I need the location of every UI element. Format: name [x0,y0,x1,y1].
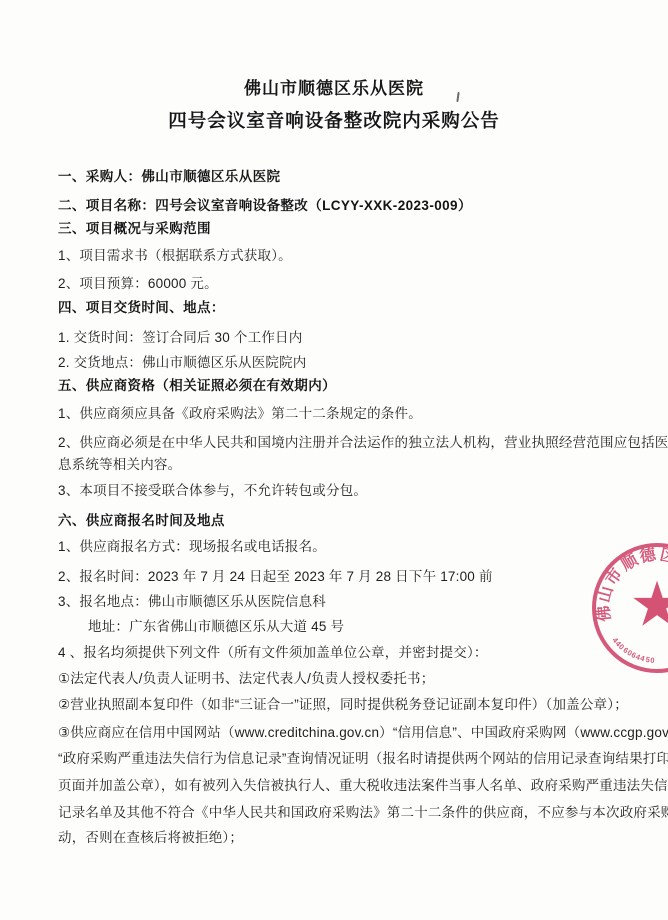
item-delivery-place: 2. 交货地点：佛山市顺德区乐从医院院内 [58,353,307,373]
required-doc-3: ③供应商应在信用中国网站（www.creditchina.gov.cn）“信用信… [58,723,668,743]
section-overview-heading: 三、项目概况与采购范围 [58,219,211,239]
qualification-item-2: 2、供应商必须是在中华人民共和国境内注册并合法运作的独立法人机构，营业执照经营范… [58,433,668,453]
qualification-item-1: 1、供应商须应具备《政府采购法》第二十二条规定的条件。 [58,404,422,424]
required-doc-3-wrap-1: “政府采购严重违法失信行为信息记录”查询情况证明（报名时请提供两个网站的信用记录… [58,749,668,769]
qualification-item-2-wrap: 息系统等相关内容。 [58,455,181,475]
registration-method: 1、供应商报名方式：现场报名或电话报名。 [58,537,326,557]
section-qualification-heading: 五、供应商资格（相关证照必须在有效期内） [58,376,336,396]
required-doc-3-wrap-4: 动，否则在查核后将被拒绝）； [58,828,243,848]
required-doc-3-wrap-2: 页面并加盖公章），如有被列入失信被执行人、重大税收违法案件当事人名单、政府采购严… [58,776,668,796]
section-project-name: 二、项目名称：四号会议室音响设备整改（LCYY-XXK-2023-009） [58,196,472,216]
seal-arc-char: 德 [638,546,659,567]
official-seal: ★ 佛 山 市 顺 德 区 4 4 0 6 0 6 4 4 5 0 [592,543,668,673]
item-delivery-time: 1. 交货时间：签订合同后 30 个工作日内 [58,328,302,348]
registration-address: 地址：广东省佛山市顺德区乐从大道 45 号 [88,617,344,637]
section-purchaser: 一、采购人：佛山市顺德区乐从医院 [58,167,280,187]
required-doc-1: ①法定代表人/负责人证明书、法定代表人/负责人授权委托书； [58,669,434,689]
section-delivery-heading: 四、项目交货时间、地点： [58,298,225,318]
required-documents-intro: 4 、报名均须提供下列文件（所有文件须加盖单位公章，并密封提交）： [58,643,488,663]
seal-arc-char: 佛 [595,604,615,624]
qualification-item-3: 3、本项目不接受联合体参与，不允许转包或分包。 [58,481,367,501]
doc-title-line2: 四号会议室音响设备整改院内采购公告 [0,107,668,133]
seal-star-icon: ★ [629,575,668,637]
item-requirement-doc: 1、项目需求书（根据联系方式获取）。 [58,246,292,266]
required-doc-2: ②营业执照副本复印件（如非“三证合一”证照，同时提供税务登记证副本复印件）（加盖… [58,695,628,715]
doc-title-line1: 佛山市顺德区乐从医院 [0,74,668,99]
section-registration-heading: 六、供应商报名时间及地点 [58,511,225,531]
item-budget: 2、项目预算：60000 元。 [58,274,218,294]
document-page: 佛山市顺德区乐从医院 四号会议室音响设备整改院内采购公告 一、采购人：佛山市顺德… [0,0,668,920]
seal-code-digit: 0 [648,655,657,665]
registration-place: 3、报名地点：佛山市顺德区乐从医院信息科 [58,592,326,612]
registration-time: 2、报名时间：2023 年 7 月 24 日起至 2023 年 7 月 28 日… [58,567,493,587]
required-doc-3-wrap-3: 记录名单及其他不符合《中华人民共和国政府采购法》第二十二条件的供应商，不应参与本… [58,803,668,823]
